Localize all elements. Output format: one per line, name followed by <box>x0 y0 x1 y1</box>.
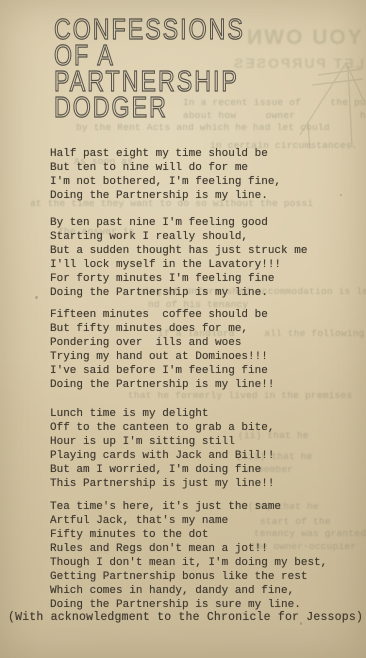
poem-line: Rules and Regs don't mean a jot!! <box>50 542 327 556</box>
poem-line: Half past eight my time should be <box>50 147 327 161</box>
paper-speck <box>340 194 342 196</box>
poem-line: Off to the canteen to grab a bite, <box>50 421 327 435</box>
poem-line: Tea time's here, it's just the same <box>50 500 327 514</box>
poem-line: This Partnership is just my line!! <box>50 477 327 491</box>
poem-stanza: Tea time's here, it's just the same Artf… <box>50 500 327 612</box>
poem-line: Doing the Partnership is sure my line. <box>50 598 327 612</box>
poem-stanza: By ten past nine I'm feeling good Starti… <box>50 216 327 300</box>
poem-line: Though I don't mean it, I'm doing my bes… <box>50 556 327 570</box>
poem-line: Getting Partnership bonus like the rest <box>50 570 327 584</box>
poem-line: Fifteen minutes coffee should be <box>50 308 327 322</box>
paper-speck <box>35 296 38 299</box>
poem: Half past eight my time should be But te… <box>50 147 327 612</box>
poem-line: I'm not bothered, I'm feeling fine, <box>50 175 327 189</box>
poem-line: Hour is up I'm sitting still <box>50 435 327 449</box>
bleedthrough-fragment: YOU OWN <box>245 26 362 50</box>
poem-line: Doing the Partnership is my line. <box>50 189 327 203</box>
poem-stanza: Fifteen minutes coffee should be But fif… <box>50 308 327 392</box>
poem-line: But am I worried, I'm doing fine <box>50 463 327 477</box>
poem-stanza: Lunch time is my delight Off to the cant… <box>50 407 327 491</box>
poem-line: Doing the Partnership is my line. <box>50 286 327 300</box>
poem-line: By ten past nine I'm feeling good <box>50 216 327 230</box>
poem-line: Pondering over ills and woes <box>50 336 327 350</box>
poem-line: But a sudden thought has just struck me <box>50 244 327 258</box>
poem-line: Fifty minutes to the dot <box>50 528 327 542</box>
paper-page: YOU OWN LET PURPOSES In a recent issue o… <box>0 0 366 658</box>
poem-line: Trying my hand out at Dominoes!!! <box>50 350 327 364</box>
poem-stanza: Half past eight my time should be But te… <box>50 147 327 203</box>
house-bleedthrough-illustration <box>296 55 366 150</box>
poem-line: For forty minutes I'm feeling fine <box>50 272 327 286</box>
poem-line: Doing the Partnership is my line!! <box>50 378 327 392</box>
poem-line: But ten to nine will do for me <box>50 161 327 175</box>
poem-line: Artful Jack, that's my name <box>50 514 327 528</box>
poem-line: Playing cards with Jack and Bill!! <box>50 449 327 463</box>
poem-line: Starting work I really should, <box>50 230 327 244</box>
poem-line: Lunch time is my delight <box>50 407 327 421</box>
poem-line: I've said before I'm feeling fine <box>50 364 327 378</box>
page-title: CONFESSIONS OF A PARTNERSHIP DODGER <box>54 17 245 121</box>
attribution-line: (With acknowledgment to the Chronicle fo… <box>8 611 363 624</box>
poem-line: Which comes in handy, dandy and fine, <box>50 584 327 598</box>
poem-line: But fifty minutes does for me, <box>50 322 327 336</box>
poem-line: I'll lock myself in the Lavatory!!! <box>50 258 327 272</box>
page-title-line: DODGER <box>54 95 245 121</box>
